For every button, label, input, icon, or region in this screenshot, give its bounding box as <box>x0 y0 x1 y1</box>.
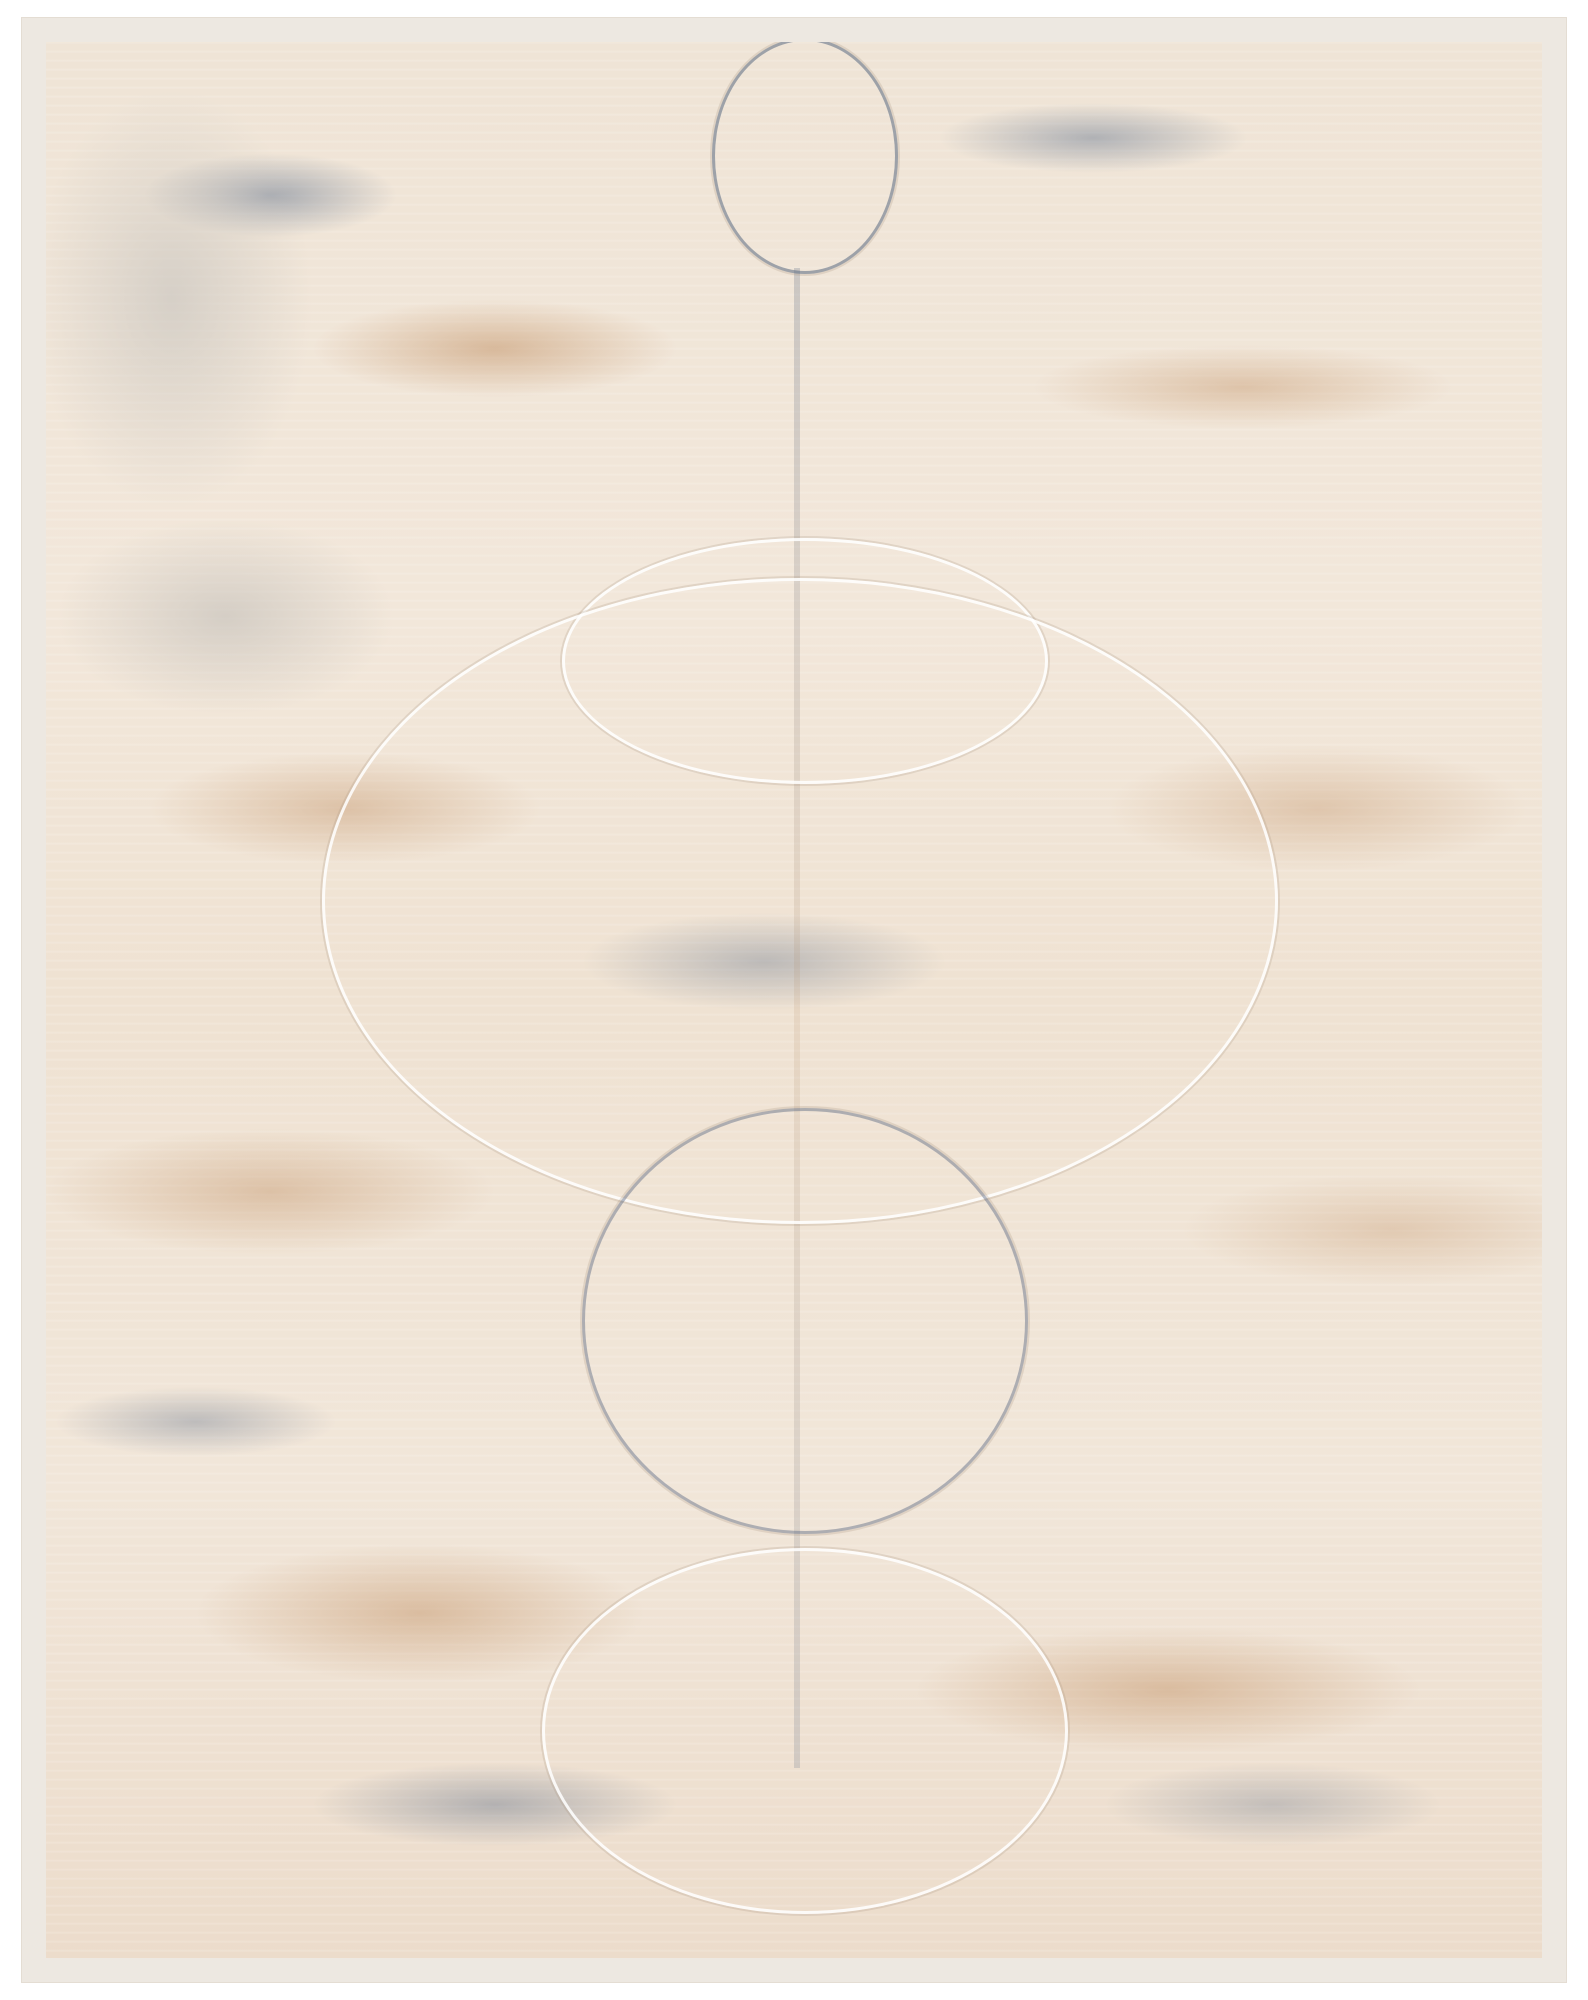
lower-medallion-pendant <box>582 1108 1028 1534</box>
rug <box>22 18 1566 1982</box>
top-finial-motif <box>712 38 898 274</box>
bottom-scroll-motif <box>542 1548 1068 1914</box>
corner-scroll-motif <box>46 42 466 682</box>
